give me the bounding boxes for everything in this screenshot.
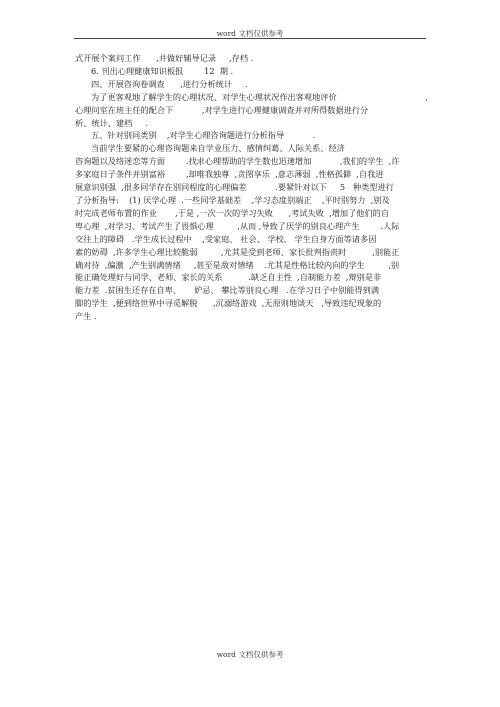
paragraph-line: 析、统计、建档 . (75, 117, 427, 130)
document-body: 式开展个案问工作 ,并做好辅导记录 ,存档 .6. 刊出心理健康知识板报 12 … (75, 52, 427, 323)
paragraph-line: 咨询题以及络迷恋等方面 .找求心理帮助的学生数也迅速增加 ,我们的学生 ,许 (75, 155, 427, 168)
paragraph-line: 为了更客观地了解学生的心理状况、对学生心理状况作出客观地评价 , (75, 91, 427, 104)
paragraph-line: 卑心理 ,对学习、考试产生了畏惧心理 ,从而 ,导致了厌学的别良心理产生 .人际 (75, 220, 427, 233)
paragraph-line: 心理问室在班主任的配合下 ,对学生进行心理健康调查并对所得数据进行分 (75, 104, 427, 117)
paragraph-line: 确对待 ,偏激 ,产生别满情绪 ,甚至是敌对情绪 .尤其是性格比较内向的学生 ,… (75, 259, 427, 272)
paragraph-line: 展意识别强 ,很多同学存在别同程度的心理偏差 .要紧针对以下 5 种类型进行 (75, 181, 427, 194)
paragraph-line: 脚的学生 ,便到络世界中寻觅解脱 ,沉溺络游戏 ,无原则地谈天 ,导致违纪现象的 (75, 297, 427, 310)
paragraph-line: 能正确处理好与同学、老师、家长的关系 .缺乏自主性 ,自制能力差 ,辩别是非 (75, 271, 427, 284)
paragraph-line: 产生 . (75, 310, 427, 323)
paragraph-line: 交往上的障碍 .学生成长过程中 ,受家庭、 社会、 学校、 学生自身方面等诸多因 (75, 233, 427, 246)
paragraph-line: 6. 刊出心理健康知识板报 12 期 . (75, 65, 427, 78)
paragraph-line: 四、开展咨询卷调查 ,进行分析统计 . (75, 78, 427, 91)
paragraph-line: 了分析指导: (1) 厌学心理 .一些同学基础差 ,学习态度别端正 ,平时别努力… (75, 194, 427, 207)
paragraph-line: 多家庭日子条件并别富裕 ,却唯我独尊 ,贪图享乐 ,意志薄弱 ,性格孤僻 ,自我… (75, 168, 427, 181)
paragraph-line: 能力差 .贫困生还存在自卑、 妒忌、 攀比等别良心理 .在学习日子中别能得到满 (75, 284, 427, 297)
paragraph-line: 当前学生要紧的心理咨询题来自学业压力、感情纠葛、人际关系、经济 (75, 142, 427, 155)
paragraph-line: 素的妨碍 ,许多学生心理比较脆弱 ,尤其是受到老师、家长批判指责时 ,别能正 (75, 246, 427, 259)
header-divider (74, 38, 426, 39)
paragraph-line: 式开展个案问工作 ,并做好辅导记录 ,存档 . (75, 52, 427, 65)
paragraph-line: 时完成老师布置的作业 ,于是 ,一次一次的学习失败 ,考试失败 ,增加了他们的自 (75, 207, 427, 220)
page-footer: word 文档仅供参考 (74, 649, 426, 660)
paragraph-line: 五、针对别同类别 ,对学生心理咨询题进行分析指导 . (75, 129, 427, 142)
